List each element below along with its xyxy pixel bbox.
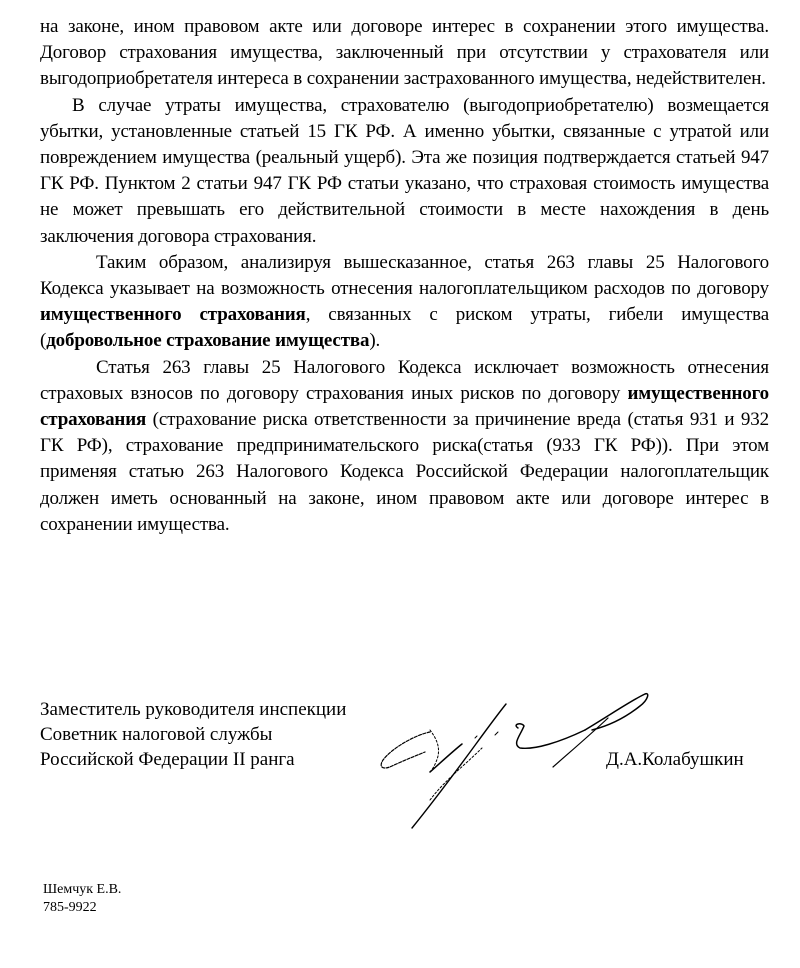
text-run: (страхование риска ответственности за пр… [40, 409, 769, 535]
paragraph: на законе, ином правовом акте или догово… [40, 14, 769, 93]
signatory-title-line: Советник налоговой службы [40, 722, 346, 747]
executor-name: Шемчук Е.В. [43, 881, 121, 899]
signatory-title-line: Российской Федерации II ранга [40, 747, 346, 772]
signatory-title-line: Заместитель руководителя инспекции [40, 697, 346, 722]
executor-contact: Шемчук Е.В. 785-9922 [43, 881, 121, 917]
document-page: на законе, ином правовом акте или догово… [0, 0, 800, 968]
signatory-title-block: Заместитель руководителя инспекции Совет… [40, 697, 346, 772]
paragraph: Таким образом, анализируя вышесказанное,… [40, 250, 769, 355]
letter-body: на законе, ином правовом акте или догово… [40, 14, 769, 538]
paragraph: Статья 263 главы 25 Налогового Кодекса и… [40, 355, 769, 538]
text-run: ). [369, 330, 380, 351]
bold-emphasis: имущественного страхования [40, 304, 306, 325]
signatory-name: Д.А.Колабушкин [606, 747, 744, 772]
text-run: на законе, ином правовом акте или догово… [40, 16, 769, 89]
text-run: Таким образом, анализируя вышесказанное,… [40, 252, 769, 299]
bold-emphasis: добровольное страхование имущества [46, 330, 369, 351]
text-run: В случае утраты имущества, страхователю … [40, 95, 769, 247]
paragraph: В случае утраты имущества, страхователю … [40, 93, 769, 250]
executor-phone: 785-9922 [43, 899, 121, 917]
